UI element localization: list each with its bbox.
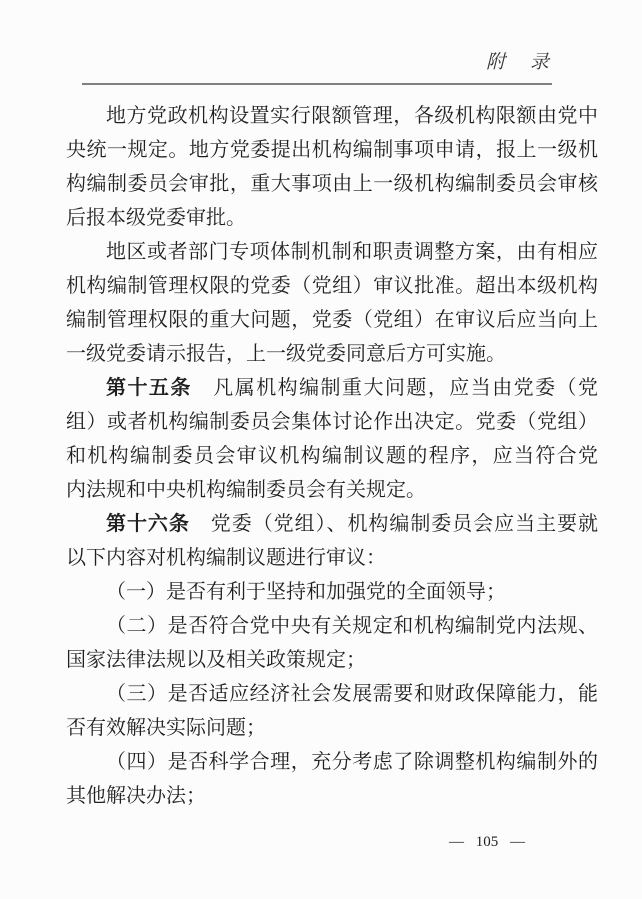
text-line: 以下内容对机构编制议题进行审议： <box>66 541 598 575</box>
text-line: （二）是否符合党中央有关规定和机构编制党内法规、 <box>66 609 598 643</box>
text-line: 地方党政机构设置实行限额管理，各级机构限额由党中 <box>66 99 598 133</box>
body-text: 地方党政机构设置实行限额管理，各级机构限额由党中央统一规定。地方党委提出机构编制… <box>66 99 598 813</box>
text-line: （三）是否适应经济社会发展需要和财政保障能力，能 <box>66 677 598 711</box>
text-line: 一级党委请示报告，上一级党委同意后方可实施。 <box>66 337 598 371</box>
header-rule <box>82 83 552 85</box>
page-number: — 105 — <box>66 833 525 851</box>
text-line: 机构编制管理权限的党委（党组）审议批准。超出本级机构 <box>66 269 598 303</box>
text-line: 和机构编制委员会审议机构编制议题的程序，应当符合党 <box>66 439 598 473</box>
text-line: 央统一规定。地方党委提出机构编制事项申请，报上一级机 <box>66 133 598 167</box>
text-line: （一）是否有利于坚持和加强党的全面领导； <box>66 575 598 609</box>
text-line: 后报本级党委审批。 <box>66 201 598 235</box>
text-line: 组）或者机构编制委员会集体讨论作出决定。党委（党组） <box>66 405 598 439</box>
text-line: 第十六条 党委（党组）、机构编制委员会应当主要就 <box>66 507 598 541</box>
running-header-title: 附 录 <box>66 50 552 76</box>
article-number: 第十五条 <box>106 377 192 399</box>
text-line: 第十五条 凡属机构编制重大问题，应当由党委（党 <box>66 371 598 405</box>
text-line: 编制管理权限的重大问题，党委（党组）在审议后应当向上 <box>66 303 598 337</box>
book-page: 附 录 地方党政机构设置实行限额管理，各级机构限额由党中央统一规定。地方党委提出… <box>0 0 642 899</box>
text-line: 地区或者部门专项体制机制和职责调整方案，由有相应 <box>66 235 598 269</box>
text-line: 国家法律法规以及相关政策规定； <box>66 643 598 677</box>
text-line: 构编制委员会审批，重大事项由上一级机构编制委员会审核 <box>66 167 598 201</box>
text-line: 内法规和中央机构编制委员会有关规定。 <box>66 473 598 507</box>
text-line: 其他解决办法； <box>66 779 598 813</box>
article-number: 第十六条 <box>106 513 190 535</box>
text-line: （四）是否科学合理，充分考虑了除调整机构编制外的 <box>66 745 598 779</box>
text-line: 否有效解决实际问题； <box>66 711 598 745</box>
